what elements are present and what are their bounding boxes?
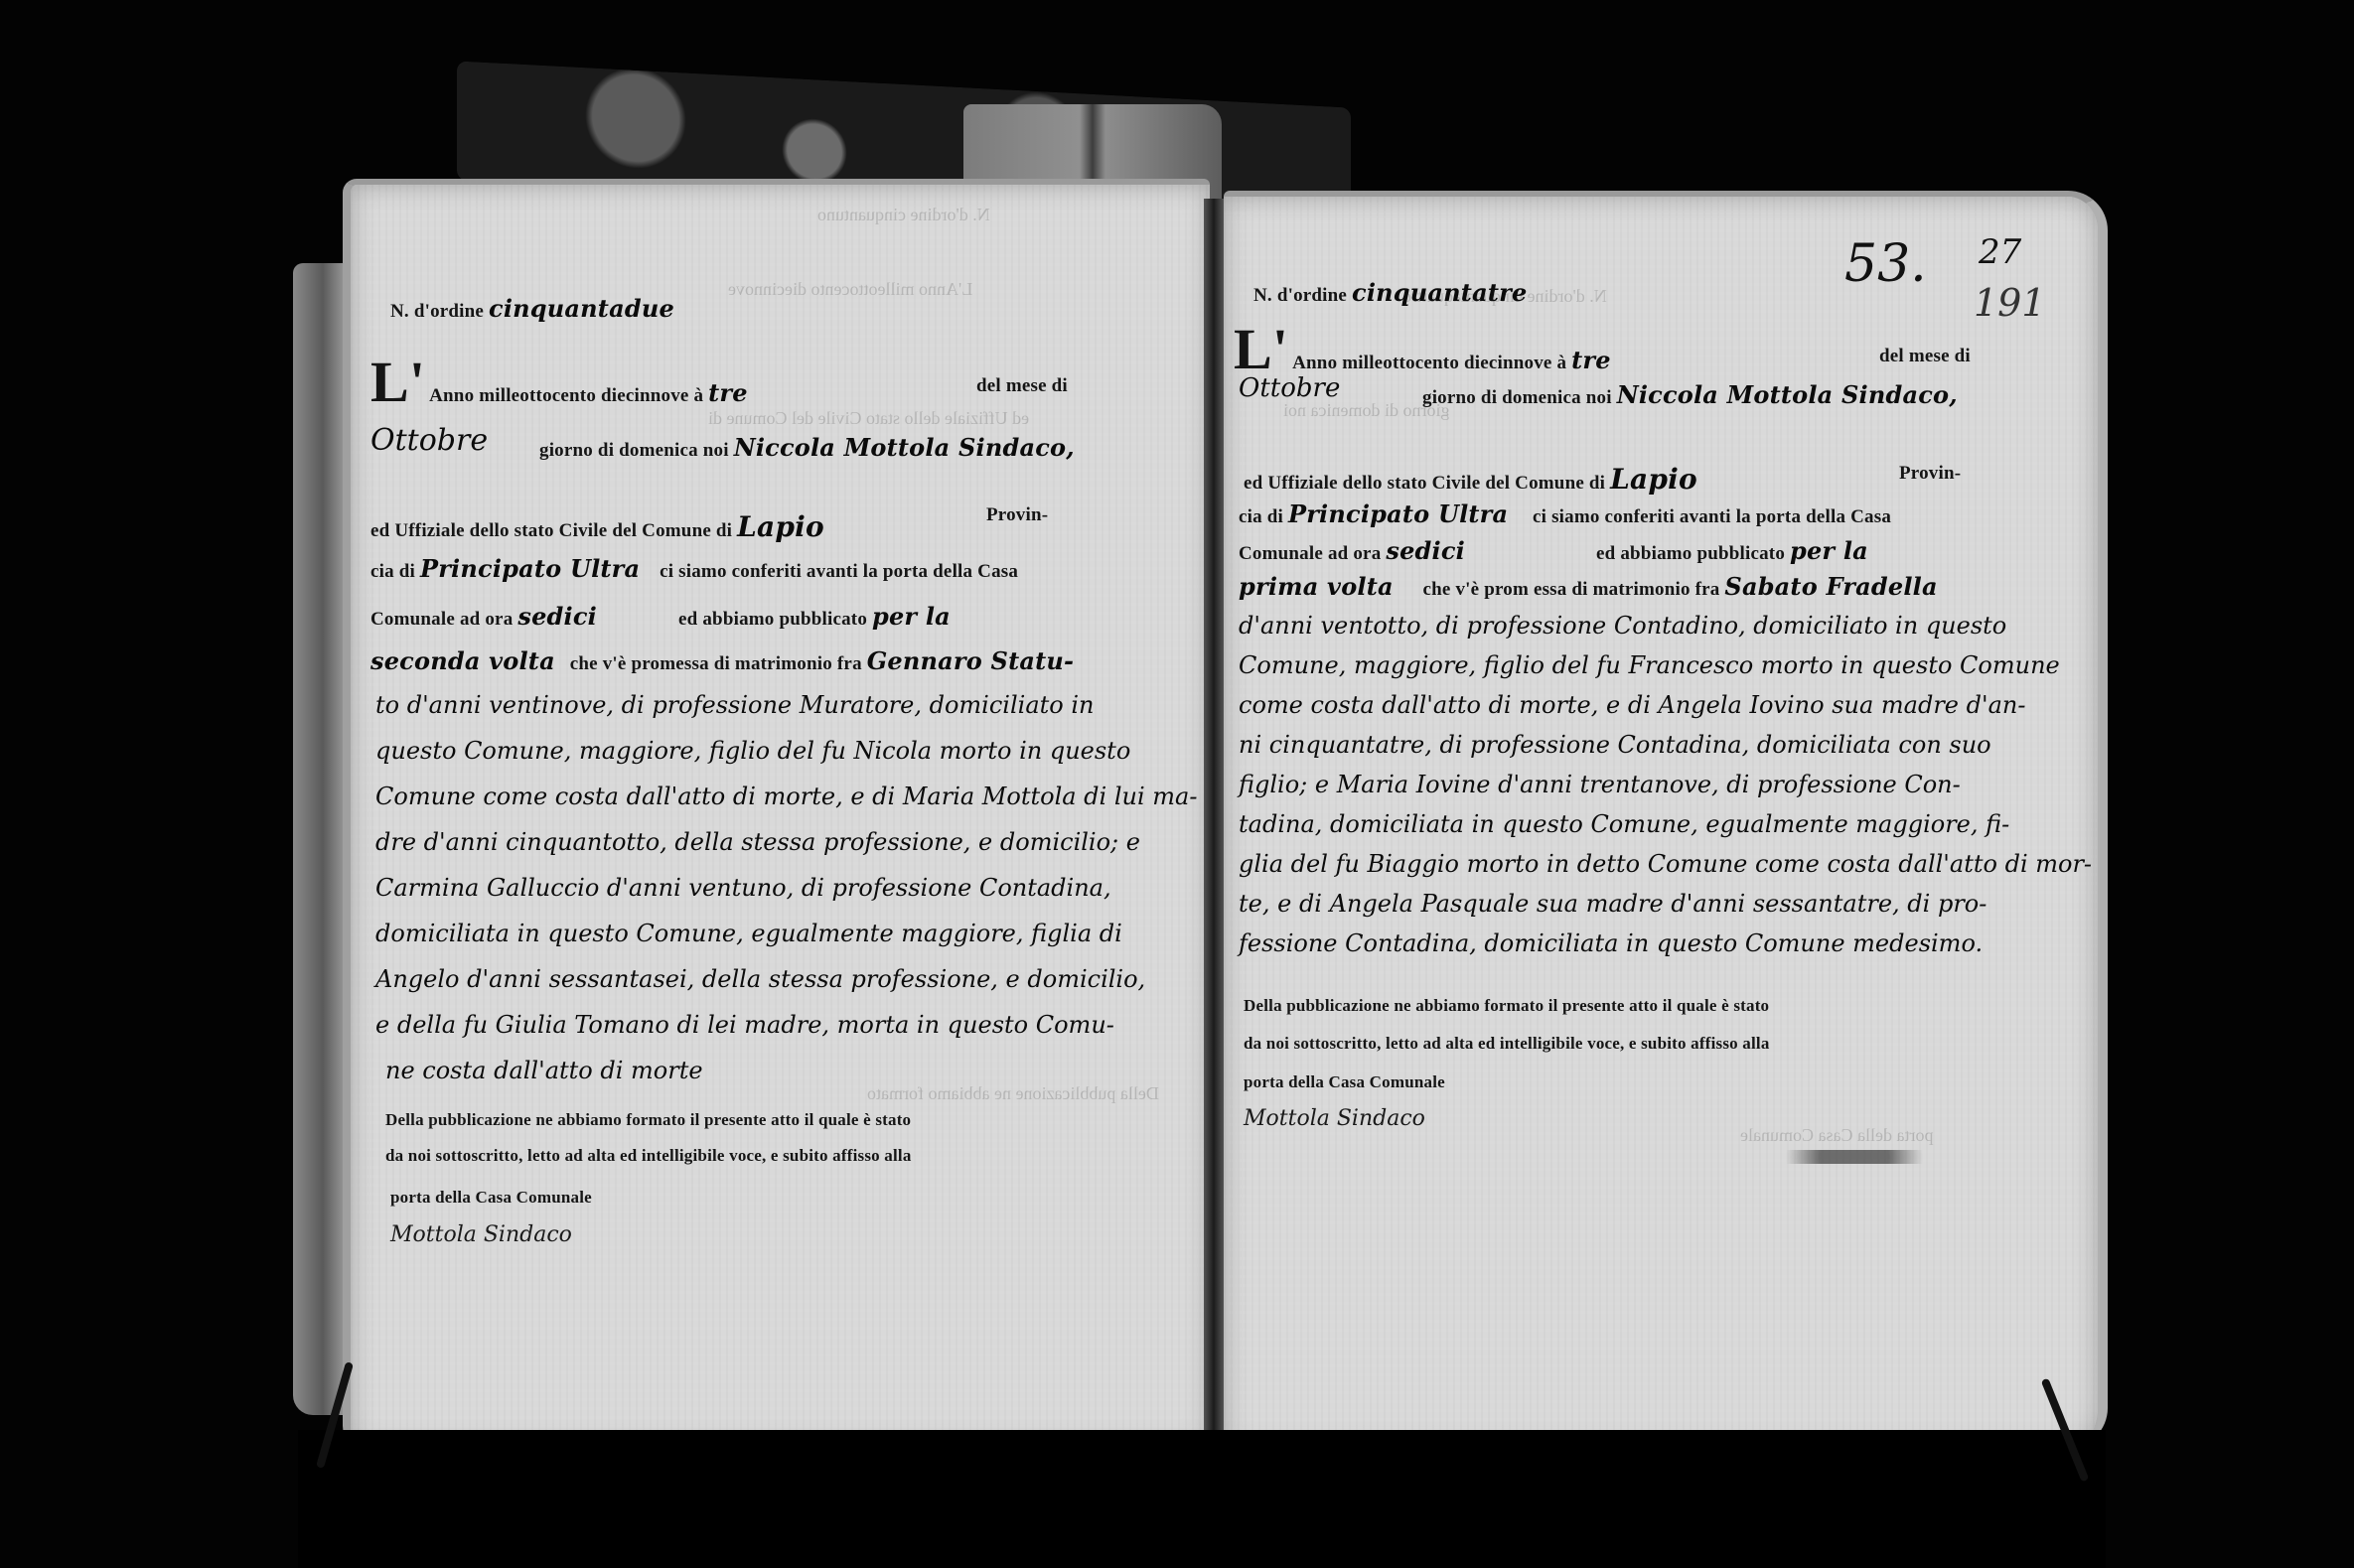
body-line: Angelo d'anni sessantasei, della stessa … — [375, 965, 1145, 993]
signature: Mottola Sindaco — [1244, 1106, 1425, 1131]
book-gutter — [1204, 199, 1224, 1430]
closing-line: da noi sottoscritto, letto ad alta ed in… — [1244, 1034, 1770, 1054]
year-line: L' Anno milleottocento diecinnove à tre — [1234, 321, 1611, 378]
year-text: Anno milleottocento diecinnove à — [1292, 353, 1566, 373]
body-line: domiciliata in questo Comune, egualmente… — [375, 920, 1122, 947]
comune-value: Lapio — [737, 510, 824, 543]
year-text: Anno milleottocento diecinnove à — [429, 385, 703, 406]
body-line: to d'anni ventinove, di professione Mura… — [375, 691, 1094, 719]
body-line: tadina, domiciliata in questo Comune, eg… — [1239, 810, 2009, 838]
province-value: Principato Ultra — [1288, 499, 1508, 528]
scanned-register: N. d'ordine cinquantuno L'Anno milleotto… — [0, 0, 2354, 1568]
dropcap: L' — [1234, 317, 1288, 381]
publication-value-b: seconda volta — [370, 646, 555, 675]
hour-label: Comunale ad ora — [1239, 543, 1381, 564]
body-line: figlio; e Maria Iovine d'anni trentanove… — [1239, 771, 1961, 798]
order-label: N. d'ordine — [1253, 285, 1347, 306]
promise-line: seconda volta che v'è promessa di matrim… — [370, 646, 1074, 675]
groom-name: Sabato Fradella — [1724, 572, 1937, 601]
comune-value: Lapio — [1610, 463, 1697, 496]
body-line: d'anni ventotto, di professione Contadin… — [1239, 612, 2006, 640]
left-page: N. d'ordine cinquantuno L'Anno milleotto… — [343, 179, 1210, 1446]
officer-text: ed Uffiziale dello stato Civile del Comu… — [370, 520, 732, 541]
province-value: Principato Ultra — [420, 554, 640, 583]
bleed-through-signature — [1740, 1150, 1969, 1164]
right-page: N. d'ordine cinquantaquattro giorno di d… — [1224, 191, 2108, 1448]
order-value: cinquantatre — [1352, 278, 1527, 307]
province-line: cia di Principato Ultra ci siamo conferi… — [1239, 499, 1891, 528]
province-line: cia di Principato Ultra ci siamo conferi… — [370, 554, 1018, 583]
publication-value-b: prima volta — [1239, 572, 1394, 601]
province-label: Provin- — [1899, 463, 1961, 485]
hour-line: Comunale ad ora sedici — [370, 602, 597, 631]
bleed-through-text: L'Anno milleottocento diecinnove — [728, 279, 972, 300]
publication-value-a: per la — [872, 602, 951, 631]
publication-value-a: per la — [1790, 536, 1868, 565]
closing-line: Della pubblicazione ne abbiamo formato i… — [1244, 996, 1769, 1016]
body-line: come costa dall'atto di morte, e di Ange… — [1239, 691, 2025, 719]
bleed-through-text: porta della Casa Comunale — [1740, 1125, 1933, 1146]
province-label: Provin- — [986, 504, 1048, 526]
closing-line: porta della Casa Comunale — [1244, 1072, 1445, 1092]
door-text: ci siamo conferiti avanti la porta della… — [1533, 506, 1891, 527]
weekday-text-line: giorno di domenica noi Niccola Mottola S… — [539, 433, 1075, 462]
body-line: te, e di Angela Pasquale sua madre d'ann… — [1239, 890, 1986, 918]
door-text: ci siamo conferiti avanti la porta della… — [660, 561, 1018, 582]
order-label: N. d'ordine — [390, 301, 484, 322]
closing-line: porta della Casa Comunale — [390, 1188, 592, 1208]
published-line: ed abbiamo pubblicato per la — [678, 602, 951, 631]
groom-name: Gennaro Statu- — [867, 646, 1075, 675]
promise-line: prima volta che v'è prom essa di matrimo… — [1239, 572, 1938, 601]
promise-text: che v'è promessa di matrimonio fra — [570, 653, 862, 674]
scan-background — [298, 1430, 2106, 1568]
month-value: Ottobre — [1239, 373, 1340, 403]
register-entry-stamp: 53. — [1844, 234, 1927, 294]
day-value: tre — [1571, 346, 1611, 374]
month-line: Ottobre — [1239, 373, 1340, 403]
order-value: cinquantadue — [489, 294, 674, 323]
month-label: del mese di — [1879, 346, 1971, 367]
published-text: ed abbiamo pubblicato — [1596, 543, 1785, 564]
body-line: fessione Contadina, domiciliata in quest… — [1239, 929, 1983, 957]
closing-line: da noi sottoscritto, letto ad alta ed in… — [385, 1146, 912, 1166]
body-line: e della fu Giulia Tomano di lei madre, m… — [375, 1011, 1114, 1039]
signature: Mottola Sindaco — [390, 1222, 572, 1247]
body-line: Comune come costa dall'atto di morte, e … — [375, 783, 1197, 810]
published-text: ed abbiamo pubblicato — [678, 609, 867, 630]
weekday-text: giorno di domenica noi — [539, 440, 729, 461]
closing-line: Della pubblicazione ne abbiamo formato i… — [385, 1110, 911, 1130]
mayor-name: Niccola Mottola Sindaco, — [734, 433, 1075, 462]
month-value: Ottobre — [370, 423, 488, 458]
body-line: dre d'anni cinquantotto, della stessa pr… — [375, 828, 1140, 856]
body-line: Comune, maggiore, figlio del fu Francesc… — [1239, 651, 2060, 679]
promise-text: che v'è prom essa di matrimonio fra — [1422, 579, 1719, 600]
published-line: ed abbiamo pubblicato per la — [1596, 536, 1868, 565]
hour-line: Comunale ad ora sedici — [1239, 536, 1465, 565]
bleed-through-text: Della pubblicazione ne abbiamo formato — [867, 1083, 1159, 1104]
day-value: tre — [708, 378, 748, 407]
body-line: ni cinquantatre, di professione Contadin… — [1239, 731, 1991, 759]
dropcap: L' — [370, 350, 425, 414]
folio-number: 27 — [1979, 232, 2021, 272]
hour-label: Comunale ad ora — [370, 609, 513, 630]
weekday-text-line: giorno di domenica noi Niccola Mottola S… — [1422, 380, 1958, 409]
order-number: N. d'ordine cinquantatre — [1253, 278, 1527, 307]
month-label: del mese di — [976, 375, 1068, 397]
hour-value: sedici — [517, 602, 597, 631]
bleed-through-text: N. d'ordine cinquantuno — [817, 205, 990, 225]
pencil-folio-number: 191 — [1974, 281, 2046, 325]
order-number: N. d'ordine cinquantadue — [390, 294, 674, 323]
body-line: glia del fu Biaggio morto in detto Comun… — [1239, 850, 2092, 878]
officer-text: ed Uffiziale dello stato Civile del Comu… — [1244, 473, 1605, 494]
body-line: questo Comune, maggiore, figlio del fu N… — [375, 737, 1130, 765]
hour-value: sedici — [1386, 536, 1465, 565]
bleed-through-text: ed Uffiziale dello stato Civile del Comu… — [708, 408, 1029, 429]
weekday-text: giorno di domenica noi — [1422, 387, 1612, 408]
province-label-b: cia di — [1239, 506, 1283, 527]
body-line: Carmina Galluccio d'anni ventuno, di pro… — [375, 874, 1111, 902]
body-line: ne costa dall'atto di morte — [385, 1057, 703, 1084]
year-line: L' Anno milleottocento diecinnove à tre — [370, 354, 748, 411]
mayor-name: Niccola Mottola Sindaco, — [1617, 380, 1958, 409]
officer-line: ed Uffiziale dello stato Civile del Comu… — [1244, 463, 1697, 496]
province-label-b: cia di — [370, 561, 415, 582]
weekday-line: Ottobre — [370, 423, 488, 458]
officer-line: ed Uffiziale dello stato Civile del Comu… — [370, 510, 824, 543]
